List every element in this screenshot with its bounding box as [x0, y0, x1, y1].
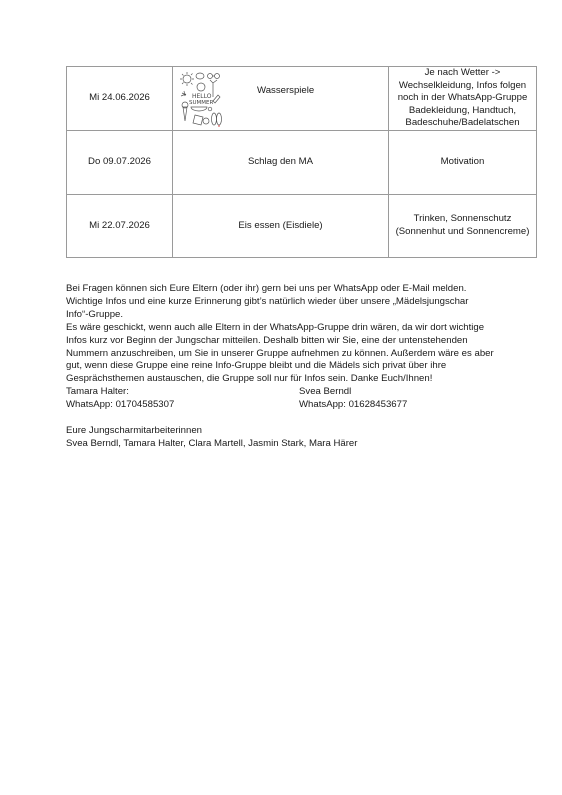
signoff-title: Eure Jungscharmitarbeiterinnen [66, 425, 536, 438]
notes-cell: Trinken, Sonnenschutz (Sonnenhut und Son… [389, 195, 537, 258]
svg-text:HELLO: HELLO [192, 93, 212, 100]
info-line: Nummern anzuschreiben, um Sie in unserer… [66, 348, 536, 361]
signoff-names: Svea Berndl, Tamara Halter, Clara Martel… [66, 438, 536, 451]
contact-tamara: Tamara Halter: WhatsApp: 01704585307 [66, 386, 174, 412]
activity-cell: HELLO SUMMER Wasserspiele [173, 67, 389, 131]
activity-cell: Schlag den MA [173, 131, 389, 195]
date-cell: Do 09.07.2026 [67, 131, 173, 195]
contact-name: Svea Berndl [299, 386, 407, 399]
date-cell: Mi 22.07.2026 [67, 195, 173, 258]
info-line: Wichtige Infos und eine kurze Erinnerung… [66, 296, 536, 309]
table-row: Mi 24.06.2026 [67, 67, 537, 131]
table-row: Mi 22.07.2026 Eis essen (Eisdiele) Trink… [67, 195, 537, 258]
contact-svea: Svea Berndl WhatsApp: 01628453677 [299, 386, 407, 412]
schedule-table: Mi 24.06.2026 [66, 66, 537, 258]
info-line: Infos kurz vor Beginn der Jungschar mitt… [66, 335, 536, 348]
contact-name: Tamara Halter: [66, 386, 174, 399]
info-line: Es wäre geschickt, wenn auch alle Eltern… [66, 322, 536, 335]
document-page: Mi 24.06.2026 [0, 0, 562, 795]
activity-label: Wasserspiele [257, 85, 314, 98]
info-line: Bei Fragen können sich Eure Eltern (oder… [66, 283, 536, 296]
info-line: gut, wenn diese Gruppe eine reine Info-G… [66, 360, 536, 373]
notes-cell: Motivation [389, 131, 537, 195]
contacts: Tamara Halter: WhatsApp: 01704585307 Sve… [66, 386, 536, 412]
hello-summer-illustration-icon: HELLO SUMMER [179, 71, 223, 128]
notes-cell: Je nach Wetter -> Wechselkleidung, Infos… [389, 67, 537, 131]
table-row: Do 09.07.2026 Schlag den MA Motivation [67, 131, 537, 195]
activity-cell: Eis essen (Eisdiele) [173, 195, 389, 258]
info-text-block: Bei Fragen können sich Eure Eltern (oder… [66, 283, 536, 451]
info-line: Info“-Gruppe. [66, 309, 536, 322]
contact-whatsapp: WhatsApp: 01704585307 [66, 399, 174, 412]
date-cell: Mi 24.06.2026 [67, 67, 173, 131]
info-line: Gesprächsthemen austauschen, die Gruppe … [66, 373, 536, 386]
contact-whatsapp: WhatsApp: 01628453677 [299, 399, 407, 412]
svg-text:SUMMER: SUMMER [189, 100, 213, 106]
